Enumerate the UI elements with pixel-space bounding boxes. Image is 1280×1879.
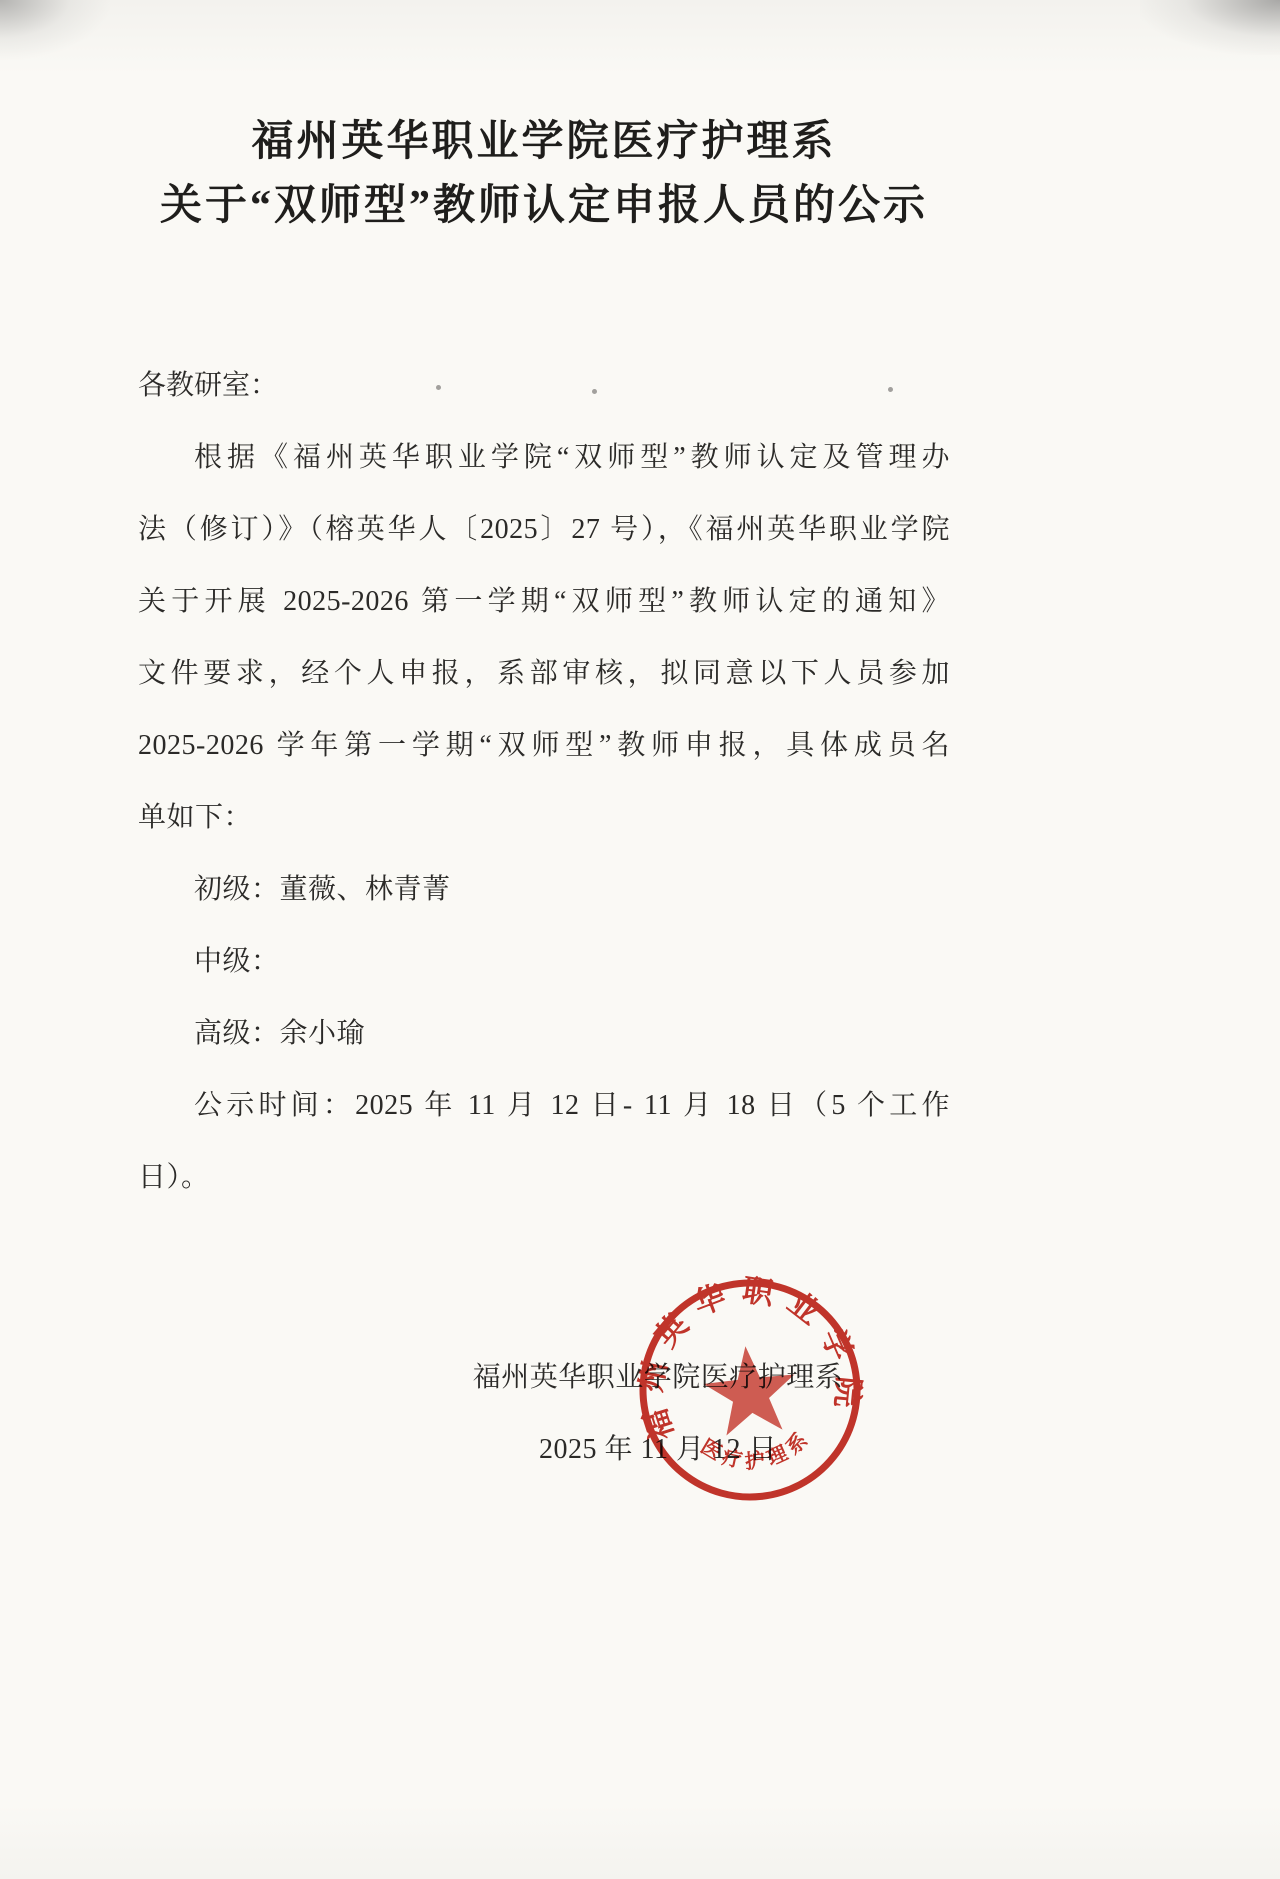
paragraph-line: 单如下： — [138, 782, 950, 854]
official-seal-stamp: 福州英华职业学院 医疗护理系 — [625, 1265, 876, 1516]
notice-period-line: 日）。 — [138, 1142, 950, 1214]
seal-bottom-text: 医疗护理系 — [695, 1423, 818, 1479]
paragraph-line: 关于开展 2025-2026 第一学期“双师型”教师认定的通知》 — [138, 566, 950, 638]
title-line-2: 关于“双师型”教师认定申报人员的公示 — [138, 174, 950, 238]
paragraph-line: 法（修订）》（榕英华人〔2025〕27 号），《福州英华职业学院 — [138, 494, 950, 566]
notice-period: 公示时间：2025 年 11 月 12 日- 11 月 18 日（5 个工作 日… — [138, 1070, 950, 1214]
paragraph-line: 2025-2026 学年第一学期“双师型”教师申报，具体成员名 — [138, 710, 950, 782]
scan-shadow-top-right — [1140, 0, 1280, 55]
applicant-level-intermediate: 中级： — [138, 926, 950, 998]
star-icon — [700, 1341, 800, 1437]
document-page: 福州英华职业学院医疗护理系 关于“双师型”教师认定申报人员的公示 各教研室： 根… — [0, 0, 1280, 1879]
document-title: 福州英华职业学院医疗护理系 关于“双师型”教师认定申报人员的公示 — [138, 110, 950, 238]
salutation: 各教研室： — [138, 350, 950, 422]
title-line-1: 福州英华职业学院医疗护理系 — [138, 110, 950, 174]
applicant-list: 初级：董薇、林青菁 中级： 高级：余小瑜 — [138, 854, 950, 1070]
body-paragraph: 根据《福州英华职业学院“双师型”教师认定及管理办 法（修订）》（榕英华人〔202… — [138, 422, 950, 854]
paragraph-line: 根据《福州英华职业学院“双师型”教师认定及管理办 — [138, 422, 950, 494]
notice-period-line: 公示时间：2025 年 11 月 12 日- 11 月 18 日（5 个工作 — [138, 1070, 950, 1142]
document-content: 福州英华职业学院医疗护理系 关于“双师型”教师认定申报人员的公示 各教研室： 根… — [138, 0, 950, 1486]
scan-shadow-top-left — [0, 0, 110, 60]
applicant-level-junior: 初级：董薇、林青菁 — [138, 854, 950, 926]
paragraph-line: 文件要求，经个人申报，系部审核，拟同意以下人员参加 — [138, 638, 950, 710]
applicant-level-senior: 高级：余小瑜 — [138, 998, 950, 1070]
